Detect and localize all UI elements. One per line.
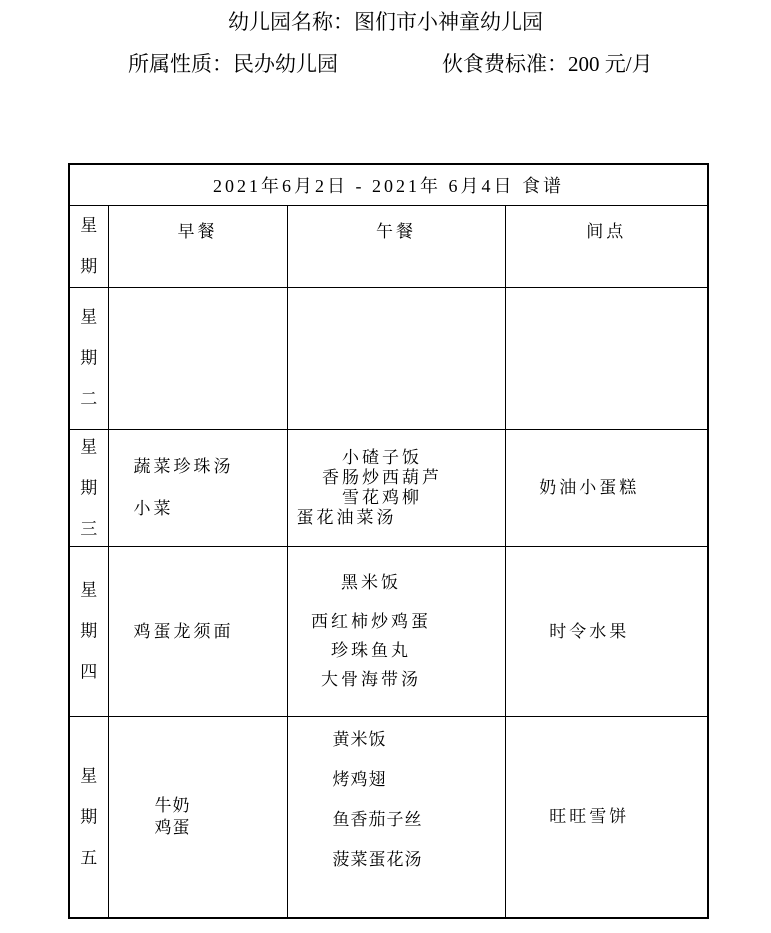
cell-wednesday-snack: 奶油小蛋糕 [505,429,708,546]
lunch-items: 小碴子饭 香肠炒西葫芦 雪花鸡柳 蛋花油菜汤 [288,448,505,528]
meal-item: 旺旺雪饼 [506,803,674,830]
meal-item: 西红柿炒鸡蛋 [288,607,455,636]
meal-item: 鱼香茄子丝 [333,800,505,840]
meal-item: 雪花鸡柳 [297,488,468,508]
row-thursday: 星期四 鸡蛋龙须面 黑米饭 西红柿炒鸡蛋 珍珠鱼丸 大骨海带汤 时令水果 [69,546,708,716]
day-label-thursday: 星期四 [79,570,99,693]
snack-items: 旺旺雪饼 [506,803,708,830]
cell-friday-lunch: 黄米饭 烤鸡翅 鱼香茄子丝 菠菜蛋花汤 [287,716,505,918]
weekly-menu-table: 2021年6月2日 - 2021年 6月4日 食谱 星期 早餐 午餐 间点 星期… [68,163,709,919]
ownership-type-line: 所属性质：民办幼儿园 [128,51,338,78]
day-cell-wednesday: 星期三 [69,429,108,546]
day-cell-tuesday: 星期二 [69,287,108,429]
cell-tuesday-breakfast [108,287,287,429]
cell-friday-snack: 旺旺雪饼 [505,716,708,918]
col-header-snack: 间点 [505,205,708,287]
col-header-lunch: 午餐 [287,205,505,287]
meal-item: 黑米饭 [288,568,455,597]
kindergarten-name-line: 幼儿园名称：图们市小神童幼儿园 [0,9,771,36]
meal-item: 菠菜蛋花汤 [333,840,505,880]
day-label-tuesday: 星期二 [79,297,99,420]
breakfast-items: 蔬菜珍珠汤 小菜 [109,446,287,530]
meal-item: 蛋花油菜汤 [297,508,468,528]
meal-fee-line: 伙食费标准：200 元/月 [442,51,653,78]
row-friday: 星期五 牛奶 鸡蛋 黄米饭 烤鸡翅 鱼香茄子丝 菠菜蛋花汤 旺旺雪饼 [69,716,708,918]
cell-thursday-breakfast: 鸡蛋龙须面 [108,546,287,716]
lunch-items: 黄米饭 烤鸡翅 鱼香茄子丝 菠菜蛋花汤 [288,717,505,880]
snack-items: 奶油小蛋糕 [506,474,708,501]
cell-wednesday-lunch: 小碴子饭 香肠炒西葫芦 雪花鸡柳 蛋花油菜汤 [287,429,505,546]
day-cell-thursday: 星期四 [69,546,108,716]
menu-date-range-title: 2021年6月2日 - 2021年 6月4日 食谱 [69,164,708,205]
meal-item: 小碴子饭 [297,448,468,468]
meal-item: 鸡蛋龙须面 [134,618,287,645]
col-header-day-cell: 星期 [69,205,108,287]
row-wednesday: 星期三 蔬菜珍珠汤 小菜 小碴子饭 香肠炒西葫芦 雪花鸡柳 蛋花油菜汤 奶油小蛋… [69,429,708,546]
col-header-day: 星期 [79,205,99,287]
meal-item: 小菜 [134,488,287,530]
cell-friday-breakfast: 牛奶 鸡蛋 [108,716,287,918]
table-title-row: 2021年6月2日 - 2021年 6月4日 食谱 [69,164,708,205]
cell-thursday-lunch: 黑米饭 西红柿炒鸡蛋 珍珠鱼丸 大骨海带汤 [287,546,505,716]
meal-item: 大骨海带汤 [288,665,455,694]
meal-item: 蔬菜珍珠汤 [134,446,287,488]
document-subheader: 所属性质：民办幼儿园 伙食费标准：200 元/月 [0,51,771,79]
day-label-friday: 星期五 [79,755,99,878]
day-cell-friday: 星期五 [69,716,108,918]
breakfast-items: 牛奶 鸡蛋 [109,795,287,839]
meal-item: 烤鸡翅 [333,760,505,800]
day-label-wednesday: 星期三 [79,429,99,546]
menu-document-page: 幼儿园名称：图们市小神童幼儿园 所属性质：民办幼儿园 伙食费标准：200 元/月… [0,0,771,933]
cell-thursday-snack: 时令水果 [505,546,708,716]
meal-item: 牛奶 [155,795,287,817]
meal-item: 黄米饭 [333,720,505,760]
breakfast-items: 鸡蛋龙须面 [109,618,287,645]
cell-wednesday-breakfast: 蔬菜珍珠汤 小菜 [108,429,287,546]
lunch-items: 黑米饭 西红柿炒鸡蛋 珍珠鱼丸 大骨海带汤 [288,568,505,694]
meal-item: 奶油小蛋糕 [506,474,674,501]
cell-tuesday-snack [505,287,708,429]
col-header-breakfast: 早餐 [108,205,287,287]
snack-items: 时令水果 [506,618,708,645]
meal-item: 珍珠鱼丸 [288,636,455,665]
table-header-row: 星期 早餐 午餐 间点 [69,205,708,287]
meal-item: 时令水果 [506,618,674,645]
cell-tuesday-lunch [287,287,505,429]
meal-item: 香肠炒西葫芦 [297,468,468,488]
meal-item: 鸡蛋 [155,817,287,839]
row-tuesday: 星期二 [69,287,708,429]
